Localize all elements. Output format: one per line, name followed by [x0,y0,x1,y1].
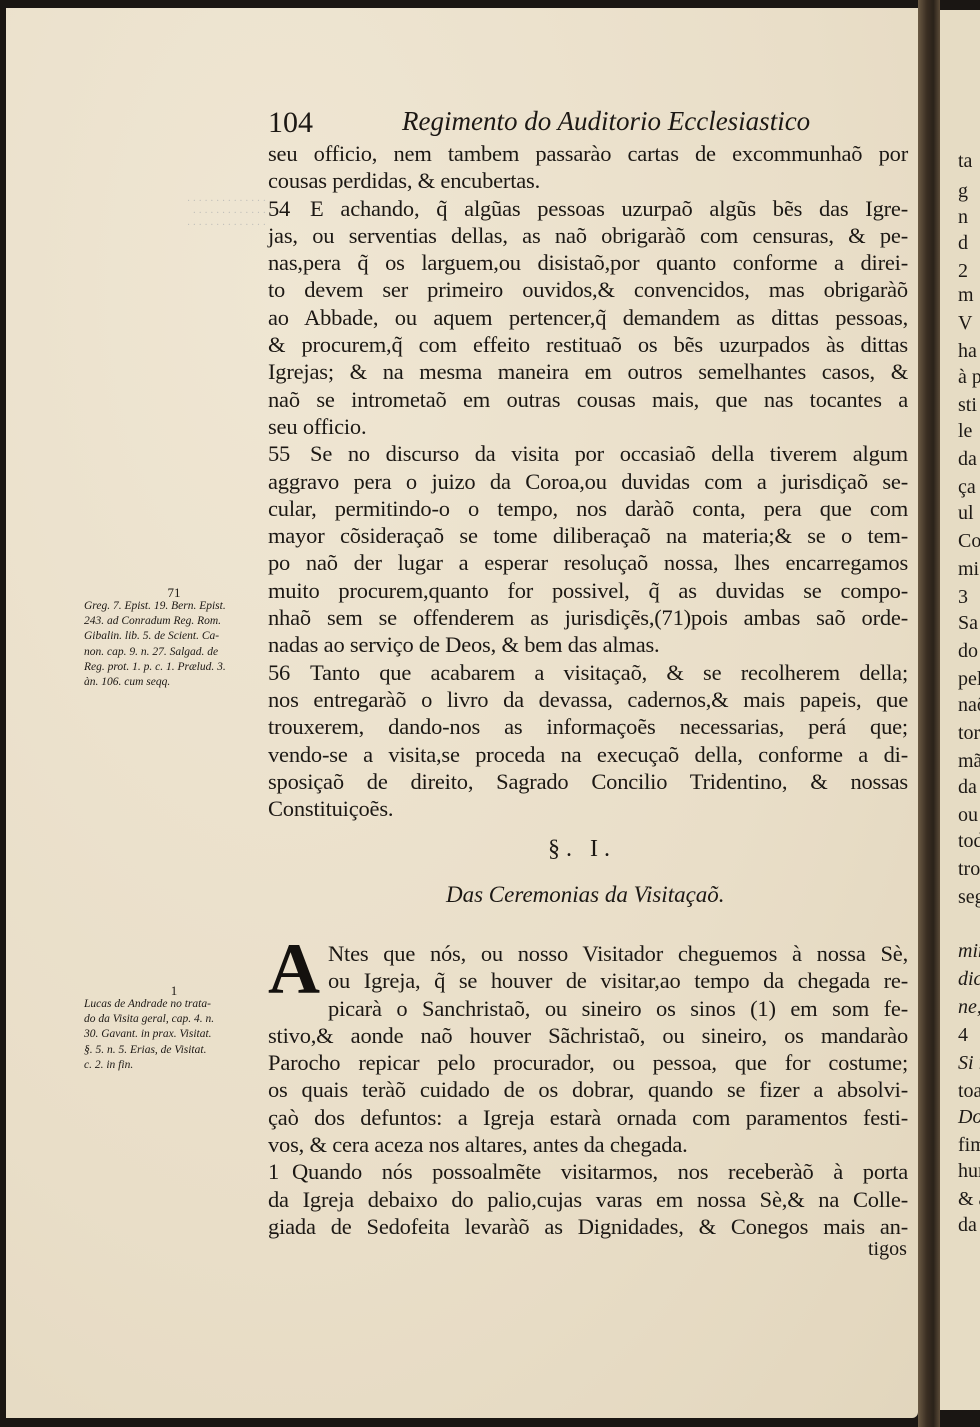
paragraph-number: 55 [268,440,310,467]
text-line: Quando nós possoalmẽte visitarmos, nos r… [292,1159,908,1184]
facing-page-fragment: tod [958,830,980,853]
margin-note-1: 1 Lucas de Andrade no trata- do da Visit… [84,984,264,1073]
section-text-block: Ntes que nós, ou nosso Visitador cheguem… [268,940,908,1240]
facing-page-fragment: da a [958,1214,980,1237]
facing-page-fragment: da [958,776,977,799]
facing-page-fragment: V [958,312,972,335]
text-line: nos entregaràõ o livro da devassa, cader… [268,686,908,713]
facing-page-fragment: min [958,940,980,963]
facing-page-fragment: & a [958,1188,980,1211]
facing-page-fragment: ne, [958,996,980,1019]
facing-page-fragment: tor [958,722,980,745]
text-line: os quais teràõ cuidado de os dobrar, qua… [268,1076,908,1103]
facing-page-fragment: Dom [958,1106,980,1129]
note-line: Lucas de Andrade no trata- [84,997,264,1012]
facing-page-fragment: Si in [958,1052,980,1075]
facing-page-fragment: toar [958,1080,980,1103]
facing-page-fragment: dica [958,968,980,991]
text-line: nas,pera q̃ os larguem,ou disistaõ,por q… [268,249,908,276]
facing-page-fragment: à p [958,366,980,389]
margin-note-71: 71 Greg. 7. Epist. 19. Bern. Epist. 243.… [84,586,264,690]
running-title: Regimento do Auditorio Ecclesiastico [402,106,810,137]
facing-page-fragment: 4 [958,1024,968,1047]
text-line: vos, & cera aceza nos altares, antes da … [268,1131,908,1158]
text-line: cular, permitindo-o o tempo, nos daràõ c… [268,495,908,522]
text-line: da Igreja debaixo do palio,cujas varas e… [268,1186,908,1213]
facing-page-fragment: ta [958,150,972,173]
section-mark: §. I. [548,836,616,863]
text-line: naõ se intrometaõ em outras cousas mais,… [268,386,908,413]
note-line: do da Visita geral, cap. 4. n. [84,1012,264,1027]
facing-page-fragment: pel [958,668,980,691]
paragraph-number: 54 [268,195,310,222]
facing-page-fragment: hum [958,1160,980,1183]
facing-page-fragment: mã [958,750,980,773]
facing-page-fragment: ou [958,804,978,827]
note-line: Reg. prot. 1. p. c. 1. Prælud. 3. [84,660,264,675]
note-line: 243. ad Conradum Reg. Rom. [84,614,264,629]
facing-page-fragment: d [958,232,968,255]
item-number: 1 [268,1158,292,1185]
facing-page-fragment: naõ [958,694,980,717]
bleed-through-text: · · · · · · · · · · · · · ·· · · · · · ·… [96,196,266,232]
facing-page-fragment: da [958,448,977,471]
text-line: çaò dos defuntos: a Igreja estarà ornada… [268,1104,908,1131]
text-line: seu officio, nem tambem passarào cartas … [268,140,908,167]
facing-page-fragment: do [958,640,978,663]
page-header: 104 Regimento do Auditorio Ecclesiastico [268,102,908,140]
facing-page-fragment: mi [958,558,979,581]
text-line: to devem ser primeiro ouvidos,& convenci… [268,276,908,303]
note-line: Gibalin. lib. 5. de Scient. Ca- [84,629,264,644]
facing-page-fragment: ha [958,340,977,363]
text-line: po naõ der lugar a esperar resoluçaõ nos… [268,549,908,576]
text-line: picarà o Sanchristaõ, ou sineiro os sino… [268,995,908,1022]
note-line: àn. 106. cum seqq. [84,675,264,690]
note-mark: 71 [84,586,264,599]
text-line: giada de Sedofeita levaràõ as Dignidades… [268,1213,908,1240]
text-line: Constituiçoẽs. [268,795,908,822]
facing-page-fragment: n [958,206,968,229]
text-line: & procurem,q̃ com effeito restituaõ os b… [268,331,908,358]
text-line: Igrejas; & na mesma maneira em outros se… [268,358,908,385]
facing-page-fragment: fim [958,1134,980,1157]
text-line: sposiçaõ de direito, Sagrado Concilio Tr… [268,768,908,795]
text-line: jas, ou serventias dellas, as naõ obriga… [268,222,908,249]
facing-page-fragment: g [958,180,968,203]
facing-page-fragment: le [958,420,972,443]
text-line: stivo,& aonde naõ houver Sãchristaõ, ou … [268,1022,908,1049]
item-1: 1Quando nós possoalmẽte visitarmos, nos … [268,1158,908,1185]
page-number: 104 [268,106,313,140]
text-line: aggravo pera o juizo da Coroa,ou duvidas… [268,468,908,495]
paragraph-54: 54E achando, q̃ algũas pessoas uzurpaõ a… [268,195,908,222]
paragraph-56: 56Tanto que acabarem a visitaçaõ, & se r… [268,659,908,686]
text-line: cousas perdidas, & encubertas. [268,167,908,194]
text-line: ao Abbade, ou aquem pertencer,q̃ demande… [268,304,908,331]
facing-page-fragment: 2 [958,260,968,283]
note-mark: 1 [84,984,264,997]
text-line: nadas ao serviço de Deos, & bem das alma… [268,631,908,658]
text-line: mayor cõsideraçaõ se tome diliberaçaõ na… [268,522,908,549]
text-line: E achando, q̃ algũas pessoas uzurpaõ alg… [310,196,908,221]
facing-page-fragment: ça [958,476,976,499]
text-line: ou Igreja, q̃ se houver de visitar,ao te… [268,967,908,994]
text-line: Parocho repicar pelo procurador, ou pess… [268,1049,908,1076]
text-line: nhaõ sem se offenderem as jurisdiçẽs,(71… [268,604,908,631]
facing-page-fragment: seg [958,886,980,909]
paragraph-55: 55Se no discurso da visita por occasiaõ … [268,440,908,467]
text-line: vendo-se a visita,se proceda na execuçaõ… [268,741,908,768]
note-line: non. cap. 9. n. 27. Salgad. de [84,645,264,660]
facing-page-fragment: tro, [958,858,980,881]
facing-page-fragment: Co [958,530,980,553]
text-line: seu officio. [268,413,908,440]
note-line: 30. Gavant. in prax. Visitat. [84,1027,264,1042]
book-gutter [918,0,940,1427]
note-line: Greg. 7. Epist. 19. Bern. Epist. [84,599,264,614]
section-title: Das Ceremonias da Visitaçaõ. [446,882,725,908]
facing-page: tagnd2mVhaà pstiledaçaulComi3Sadopelnaõt… [940,10,980,1410]
note-line: c. 2. in fin. [84,1058,264,1073]
text-line: Tanto que acabarem a visitaçaõ, & se rec… [310,660,908,685]
facing-page-fragment: Sa [958,612,978,635]
text-line: trouxerem, dando-nos as informaçoẽs nece… [268,713,908,740]
facing-page-fragment: 3 [958,586,968,609]
catchword: tigos [868,1238,907,1261]
text-line: Se no discurso da visita por occasiaõ de… [310,441,908,466]
text-line: Ntes que nós, ou nosso Visitador cheguem… [268,940,908,967]
note-line: §. 5. n. 5. Erias, de Visitat. [84,1043,264,1058]
text-line: muito procurem,quanto for possivel, q̃ a… [268,577,908,604]
facing-page-fragment: sti [958,394,977,417]
paragraph-number: 56 [268,659,310,686]
facing-page-fragment: ul [958,502,974,525]
main-text-block: seu officio, nem tambem passarào cartas … [268,140,908,822]
facing-page-fragment: m [958,284,974,307]
